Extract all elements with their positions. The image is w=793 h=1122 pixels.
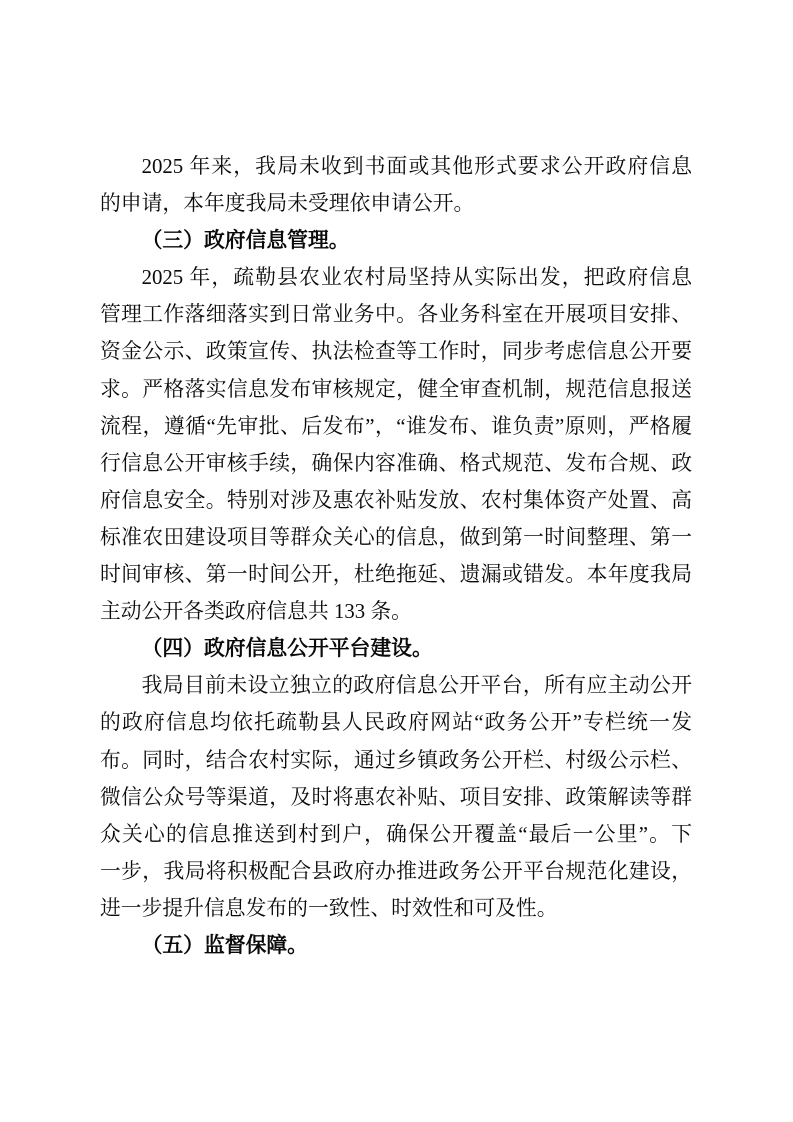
document-page: 2025 年来，我局未收到书面或其他形式要求公开政府信息的申请，本年度我局未受理… <box>0 0 793 1122</box>
document-content: 2025 年来，我局未收到书面或其他形式要求公开政府信息的申请，本年度我局未受理… <box>100 148 692 964</box>
text-line: 府信息安全。特别对涉及惠农补贴发放、农村集体资产处置、高 <box>100 482 692 519</box>
text-line: 求。严格落实信息发布审核规定，健全审查机制，规范信息报送 <box>100 371 692 408</box>
text-line: 时间审核、第一时间公开，杜绝拖延、遗漏或错发。本年度我局 <box>100 556 692 593</box>
text-line: 标准农田建设项目等群众关心的信息，做到第一时间整理、第一 <box>100 519 692 556</box>
text-line: 2025 年来，我局未收到书面或其他形式要求公开政府信息 <box>100 148 692 185</box>
text-line: 布。同时，结合农村实际，通过乡镇政务公开栏、村级公示栏、 <box>100 742 692 779</box>
text-line: 一步，我局将积极配合县政府办推进政务公开平台规范化建设， <box>100 853 692 890</box>
section-heading: （五）监督保障。 <box>100 927 692 964</box>
text-line: 主动公开各类政府信息共 133 条。 <box>100 593 692 630</box>
text-line: 行信息公开审核手续，确保内容准确、格式规范、发布合规、政 <box>100 445 692 482</box>
section-heading: （四）政府信息公开平台建设。 <box>100 630 692 667</box>
text-line: 流程，遵循“先审批、后发布”，“谁发布、谁负责”原则，严格履 <box>100 408 692 445</box>
text-line: 资金公示、政策宣传、执法检查等工作时，同步考虑信息公开要 <box>100 333 692 370</box>
text-line: 的政府信息均依托疏勒县人民政府网站“政务公开”专栏统一发 <box>100 704 692 741</box>
text-line: 2025 年，疏勒县农业农村局坚持从实际出发，把政府信息 <box>100 259 692 296</box>
text-line: 管理工作落细落实到日常业务中。各业务科室在开展项目安排、 <box>100 296 692 333</box>
text-line: 的申请，本年度我局未受理依申请公开。 <box>100 185 692 222</box>
text-line: 微信公众号等渠道，及时将惠农补贴、项目安排、政策解读等群 <box>100 779 692 816</box>
text-line: 进一步提升信息发布的一致性、时效性和可及性。 <box>100 890 692 927</box>
text-line: 众关心的信息推送到村到户，确保公开覆盖“最后一公里”。下 <box>100 816 692 853</box>
text-line: 我局目前未设立独立的政府信息公开平台，所有应主动公开 <box>100 667 692 704</box>
section-heading: （三）政府信息管理。 <box>100 222 692 259</box>
